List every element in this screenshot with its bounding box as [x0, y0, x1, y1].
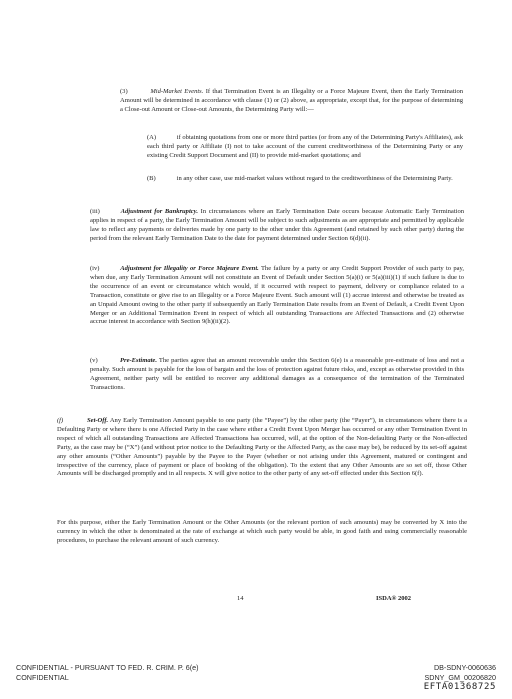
clause-heading: Set-Off. [87, 417, 108, 424]
clause-text: Any Early Termination Amount payable to … [57, 417, 467, 477]
confidential-notice: CONFIDENTIAL - PURSUANT TO FED. R. CRIM.… [16, 663, 199, 673]
clause-number: (3) [120, 88, 148, 97]
paragraph-mid-market-events: (3) Mid-Market Events. If that Terminati… [120, 88, 463, 115]
clause-text: in any other case, use mid-market values… [177, 175, 453, 182]
confidential-label: CONFIDENTIAL [16, 673, 199, 683]
clause-heading: Pre-Estimate. [120, 357, 157, 364]
doc-id-db: DB-SDNY-0060636 [424, 663, 496, 673]
paragraph-pre-estimate: (v) Pre-Estimate. The parties agree that… [90, 357, 464, 393]
clause-text: For this purpose, either the Early Termi… [57, 519, 467, 544]
clause-number: (v) [90, 357, 118, 366]
clause-heading: Adjustment for Illegality or Force Majeu… [120, 265, 259, 272]
paragraph-currency-conversion: For this purpose, either the Early Termi… [57, 519, 467, 546]
clause-heading: Adjustment for Bankruptcy. [121, 208, 198, 215]
paragraph-sub-a: (A) if obtaining quotations from one or … [147, 134, 463, 161]
paragraph-adjustment-illegality: (iv) Adjustment for Illegality or Force … [90, 265, 464, 327]
clause-heading: Mid-Market Events. [150, 88, 203, 95]
bates-number: EFTA01368725 [424, 682, 496, 692]
clause-number: (A) [147, 134, 175, 143]
paragraph-sub-b: (B) in any other case, use mid-market va… [147, 175, 463, 184]
clause-number: (B) [147, 175, 175, 184]
paragraph-set-off: (f) Set-Off. Any Early Termination Amoun… [57, 417, 467, 479]
paragraph-adjustment-bankruptcy: (iii) Adjustment for Bankruptcy. In circ… [90, 208, 464, 244]
clause-text: if obtaining quotations from one or more… [147, 134, 463, 159]
confidentiality-footer: CONFIDENTIAL - PURSUANT TO FED. R. CRIM.… [16, 663, 199, 682]
clause-number: (iii) [90, 208, 118, 217]
clause-number: (iv) [90, 265, 118, 274]
clause-text: The failure by a party or any Credit Sup… [90, 265, 464, 325]
doc-id-sdny: SDNY_GM_00206820 [424, 673, 496, 683]
page-number: 14 [237, 595, 244, 602]
bates-footer: DB-SDNY-0060636 SDNY_GM_00206820 EFTA013… [424, 663, 496, 692]
document-page: (3) Mid-Market Events. If that Terminati… [0, 0, 512, 699]
form-label: ISDA® 2002 [376, 595, 411, 602]
clause-number: (f) [57, 417, 85, 426]
